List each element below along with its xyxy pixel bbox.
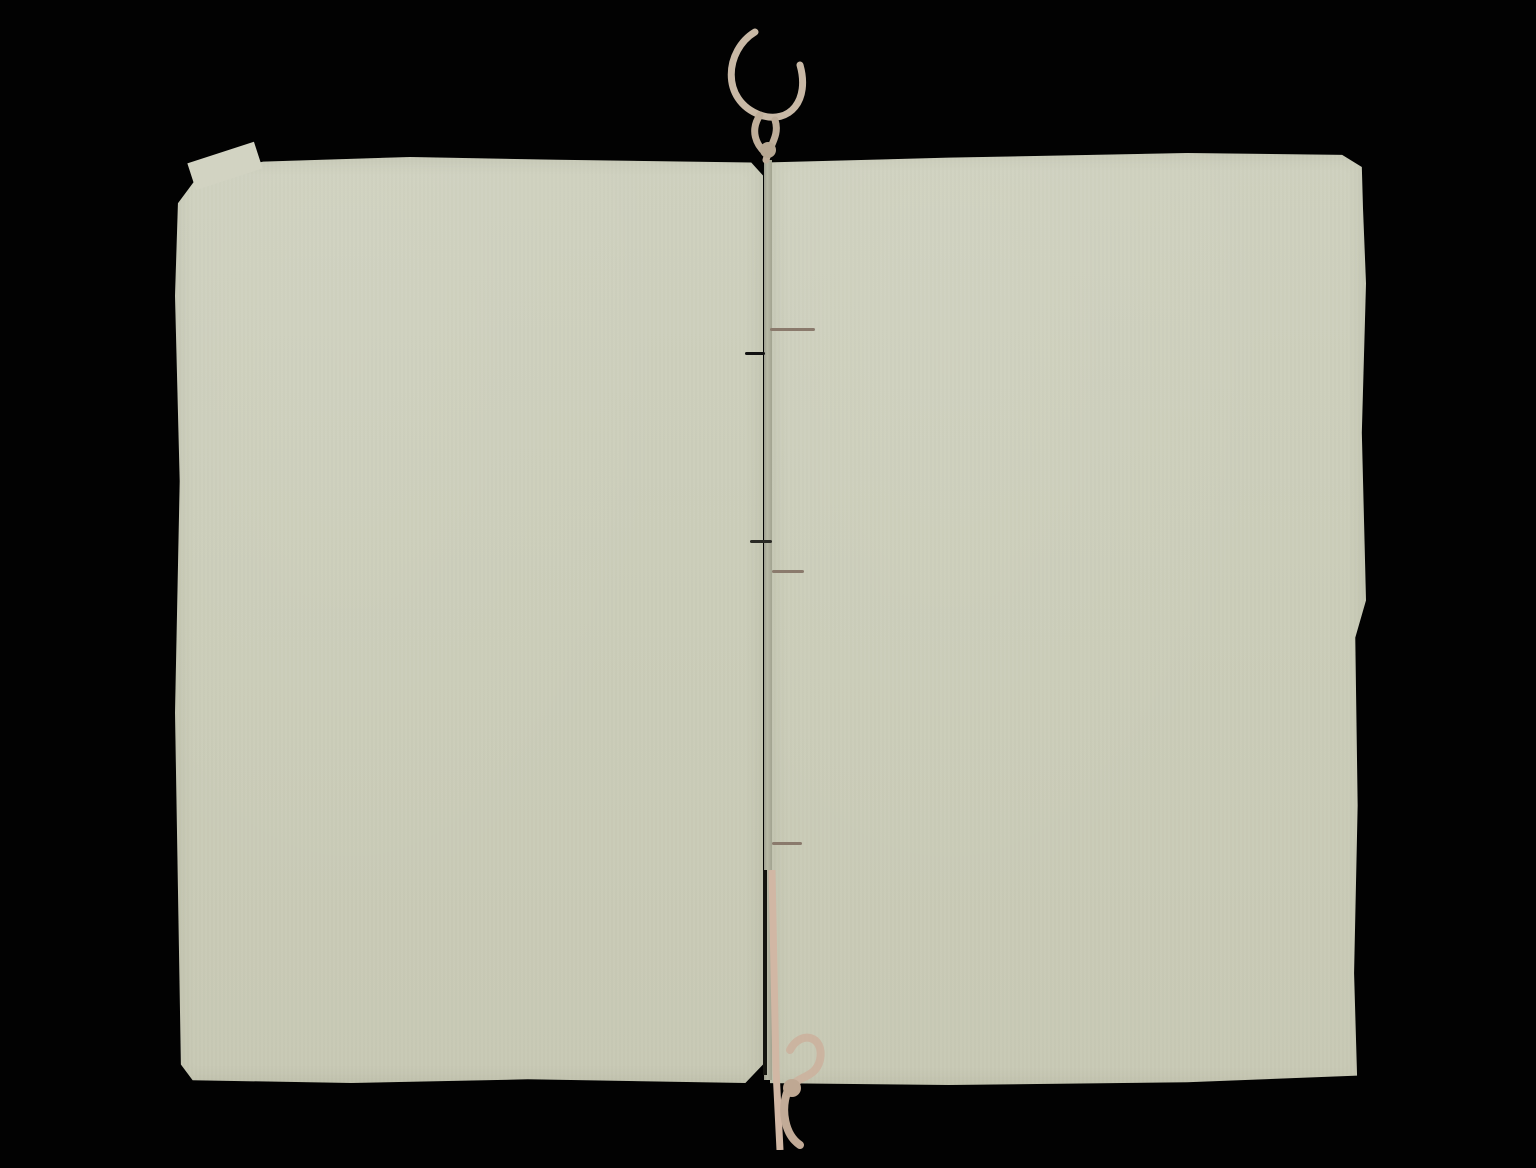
string-tie-top-icon <box>700 20 850 170</box>
spine-gap <box>763 870 767 1075</box>
stitch-mark <box>772 842 802 845</box>
left-page <box>175 157 763 1083</box>
stitch-mark <box>745 352 765 355</box>
stitch-mark <box>750 540 772 543</box>
right-page <box>770 153 1366 1085</box>
photograph <box>0 0 1536 1168</box>
stitch-mark <box>772 570 804 573</box>
string-knot-bottom-icon <box>770 1030 840 1150</box>
stitch-mark <box>770 328 815 331</box>
